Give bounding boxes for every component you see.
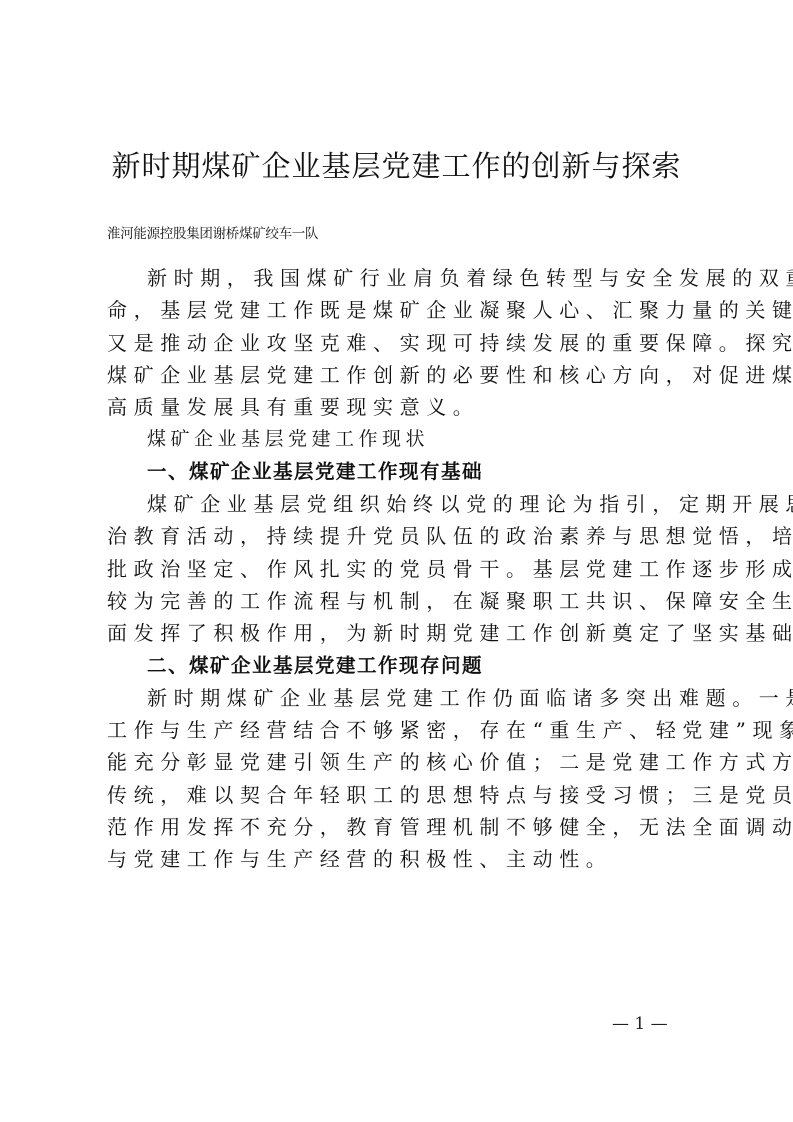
text-line: 高质量发展具有重要现实意义。 <box>107 391 693 423</box>
document-title: 新时期煤矿企业基层党建工作的创新与探索 <box>0 146 793 186</box>
text-line: 传统，难以契合年轻职工的思想特点与接受习惯；三是党员先锋模 <box>107 779 693 811</box>
text-line: 批政治坚定、作风扎实的党员骨干。基层党建工作逐步形成了一套 <box>107 553 693 585</box>
text-line: 能充分彰显党建引领生产的核心价值；二是党建工作方式方法较为 <box>107 746 693 778</box>
text-line: 面发挥了积极作用，为新时期党建工作创新奠定了坚实基础。 <box>107 617 693 649</box>
text-line: 较为完善的工作流程与机制，在凝聚职工共识、保障安全生产等方 <box>107 585 693 617</box>
text-line: 新时期煤矿企业基层党建工作仍面临诸多突出难题。一是党建 <box>107 682 693 714</box>
text-line: 又是推动企业攻坚克难、实现可持续发展的重要保障。探究新时期 <box>107 327 693 359</box>
section-title: 煤矿企业基层党建工作现状 <box>107 423 693 455</box>
section1-heading: 一、煤矿企业基层党建工作现有基础 <box>107 456 693 488</box>
document-body: 新时期，我国煤矿行业肩负着绿色转型与安全发展的双重使 命，基层党建工作既是煤矿企… <box>107 262 693 876</box>
document-page: 新时期煤矿企业基层党建工作的创新与探索 淮河能源控股集团谢桥煤矿绞车一队 新时期… <box>0 0 793 1122</box>
author-affiliation: 淮河能源控股集团谢桥煤矿绞车一队 <box>107 222 318 242</box>
page-number: — 1 — <box>612 1014 668 1034</box>
intro-paragraph: 新时期，我国煤矿行业肩负着绿色转型与安全发展的双重使 命，基层党建工作既是煤矿企… <box>107 262 693 423</box>
text-line: 煤矿企业基层党建工作创新的必要性和核心方向，对促进煤矿行业 <box>107 359 693 391</box>
text-line: 工作与生产经营结合不够紧密，存在“重生产、轻党建”现象，未 <box>107 714 693 746</box>
text-line: 煤矿企业基层党组织始终以党的理论为指引，定期开展思想政 <box>107 488 693 520</box>
text-line: 命，基层党建工作既是煤矿企业凝聚人心、汇聚力量的关键抓手， <box>107 294 693 326</box>
text-line: 新时期，我国煤矿行业肩负着绿色转型与安全发展的双重使 <box>107 262 693 294</box>
section2-paragraph: 新时期煤矿企业基层党建工作仍面临诸多突出难题。一是党建 工作与生产经营结合不够紧… <box>107 682 693 876</box>
text-line: 治教育活动，持续提升党员队伍的政治素养与思想觉悟，培育了一 <box>107 520 693 552</box>
text-line: 范作用发挥不充分，教育管理机制不够健全，无法全面调动党员参 <box>107 811 693 843</box>
text-line: 与党建工作与生产经营的积极性、主动性。 <box>107 843 693 875</box>
section1-paragraph: 煤矿企业基层党组织始终以党的理论为指引，定期开展思想政 治教育活动，持续提升党员… <box>107 488 693 649</box>
section2-heading: 二、煤矿企业基层党建工作现存问题 <box>107 650 693 682</box>
